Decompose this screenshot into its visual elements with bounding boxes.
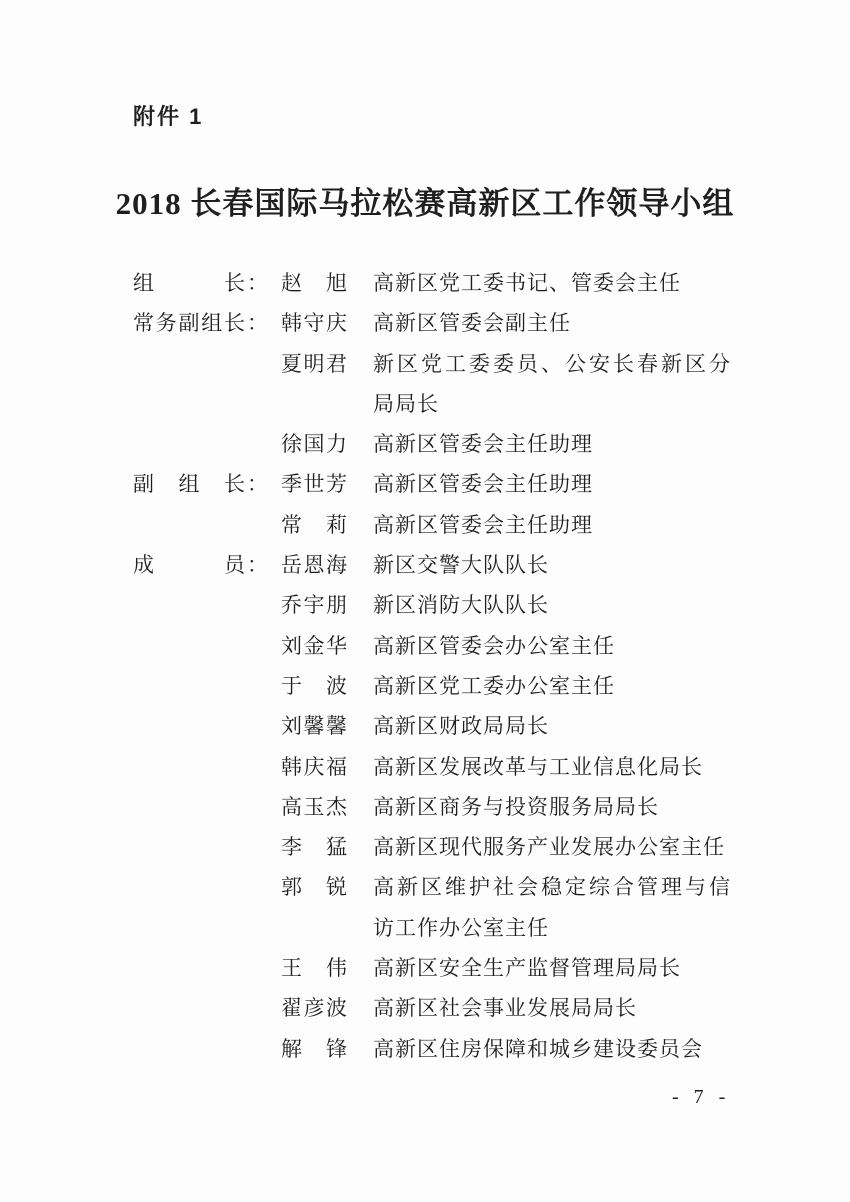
roster-row: 刘馨馨高新区财政局局长 <box>133 706 730 746</box>
member-title: 高新区发展改革与工业信息化局长 <box>373 747 730 787</box>
member-title-line: 高新区住房保障和城乡建设委员会 <box>373 1029 730 1069</box>
member-title-line: 高新区管委会主任助理 <box>373 424 730 464</box>
roster-row: 常莉高新区管委会主任助理 <box>133 505 730 545</box>
roster-row: 成员：岳恩海新区交警大队队长 <box>133 545 730 585</box>
member-title-line: 高新区财政局局长 <box>373 706 730 746</box>
member-name: 韩庆福 <box>281 747 347 787</box>
member-title-line: 新区交警大队队长 <box>373 545 730 585</box>
member-title: 高新区党工委办公室主任 <box>373 666 730 706</box>
page-number: - 7 - <box>672 1086 730 1109</box>
roster-row: 高玉杰高新区商务与投资服务局局长 <box>133 787 730 827</box>
member-title: 高新区维护社会稳定综合管理与信访工作办公室主任 <box>373 867 730 948</box>
member-name: 郭锐 <box>281 867 347 907</box>
roster-row: 韩庆福高新区发展改革与工业信息化局长 <box>133 747 730 787</box>
member-name: 刘馨馨 <box>281 706 347 746</box>
role-label: 组长： <box>133 263 281 303</box>
roster-row: 夏明君新区党工委委员、公安长春新区分局局长 <box>133 344 730 425</box>
member-title: 新区交警大队队长 <box>373 545 730 585</box>
member-name: 解锋 <box>281 1029 347 1069</box>
member-title: 高新区财政局局长 <box>373 706 730 746</box>
document-page: 附件 1 2018 长春国际马拉松赛高新区工作领导小组 组长：赵旭高新区党工委书… <box>0 0 850 1202</box>
member-title-line: 高新区发展改革与工业信息化局长 <box>373 747 730 787</box>
member-title-line: 高新区现代服务产业发展办公室主任 <box>373 827 730 867</box>
member-name: 常莉 <box>281 505 347 545</box>
member-title-line: 新区党工委委员、公安长春新区分 <box>373 344 730 384</box>
member-name: 高玉杰 <box>281 787 347 827</box>
member-title: 高新区商务与投资服务局局长 <box>373 787 730 827</box>
member-name: 韩守庆 <box>281 303 347 343</box>
member-title: 高新区管委会副主任 <box>373 303 730 343</box>
roster-row: 翟彦波高新区社会事业发展局局长 <box>133 988 730 1028</box>
member-title-line: 局局长 <box>373 384 730 424</box>
member-title-line: 新区消防大队队长 <box>373 585 730 625</box>
roster-row: 解锋高新区住房保障和城乡建设委员会 <box>133 1029 730 1069</box>
member-title-line: 高新区管委会副主任 <box>373 303 730 343</box>
member-title: 高新区安全生产监督管理局局长 <box>373 948 730 988</box>
roster-row: 于波高新区党工委办公室主任 <box>133 666 730 706</box>
roster-row: 王伟高新区安全生产监督管理局局长 <box>133 948 730 988</box>
member-title-line: 高新区管委会办公室主任 <box>373 626 730 666</box>
member-title: 高新区管委会主任助理 <box>373 505 730 545</box>
member-title: 高新区党工委书记、管委会主任 <box>373 263 730 303</box>
member-name: 王伟 <box>281 948 347 988</box>
member-name: 乔宇朋 <box>281 585 347 625</box>
member-name: 翟彦波 <box>281 988 347 1028</box>
member-title-line: 高新区党工委书记、管委会主任 <box>373 263 730 303</box>
roster-row: 郭锐高新区维护社会稳定综合管理与信访工作办公室主任 <box>133 867 730 948</box>
role-label: 常务副组长： <box>133 303 281 343</box>
attachment-label: 附件 1 <box>133 100 203 131</box>
member-title: 高新区现代服务产业发展办公室主任 <box>373 827 730 867</box>
roster-row: 徐国力高新区管委会主任助理 <box>133 424 730 464</box>
member-name: 岳恩海 <box>281 545 347 585</box>
member-name: 赵旭 <box>281 263 347 303</box>
page-title: 2018 长春国际马拉松赛高新区工作领导小组 <box>0 178 850 223</box>
member-title-line: 高新区管委会主任助理 <box>373 505 730 545</box>
role-label: 成员： <box>133 545 281 585</box>
member-title-line: 高新区维护社会稳定综合管理与信 <box>373 867 730 907</box>
roster-row: 副组长：季世芳高新区管委会主任助理 <box>133 464 730 504</box>
member-title-line: 访工作办公室主任 <box>373 908 730 948</box>
member-title: 高新区管委会办公室主任 <box>373 626 730 666</box>
member-title-line: 高新区社会事业发展局局长 <box>373 988 730 1028</box>
member-title: 高新区管委会主任助理 <box>373 464 730 504</box>
role-label: 副组长： <box>133 464 281 504</box>
member-title-line: 高新区安全生产监督管理局局长 <box>373 948 730 988</box>
member-title: 高新区社会事业发展局局长 <box>373 988 730 1028</box>
member-title-line: 高新区党工委办公室主任 <box>373 666 730 706</box>
member-title-line: 高新区管委会主任助理 <box>373 464 730 504</box>
member-name: 季世芳 <box>281 464 347 504</box>
roster-row: 常务副组长：韩守庆高新区管委会副主任 <box>133 303 730 343</box>
member-title: 新区消防大队队长 <box>373 585 730 625</box>
member-name: 徐国力 <box>281 424 347 464</box>
member-title-line: 高新区商务与投资服务局局长 <box>373 787 730 827</box>
roster-row: 李猛高新区现代服务产业发展办公室主任 <box>133 827 730 867</box>
member-title: 高新区管委会主任助理 <box>373 424 730 464</box>
member-name: 刘金华 <box>281 626 347 666</box>
leadership-roster: 组长：赵旭高新区党工委书记、管委会主任常务副组长：韩守庆高新区管委会副主任夏明君… <box>133 263 730 1069</box>
roster-row: 乔宇朋新区消防大队队长 <box>133 585 730 625</box>
member-title: 新区党工委委员、公安长春新区分局局长 <box>373 344 730 425</box>
roster-row: 刘金华高新区管委会办公室主任 <box>133 626 730 666</box>
roster-row: 组长：赵旭高新区党工委书记、管委会主任 <box>133 263 730 303</box>
member-title: 高新区住房保障和城乡建设委员会 <box>373 1029 730 1069</box>
member-name: 夏明君 <box>281 344 347 384</box>
member-name: 李猛 <box>281 827 347 867</box>
member-name: 于波 <box>281 666 347 706</box>
